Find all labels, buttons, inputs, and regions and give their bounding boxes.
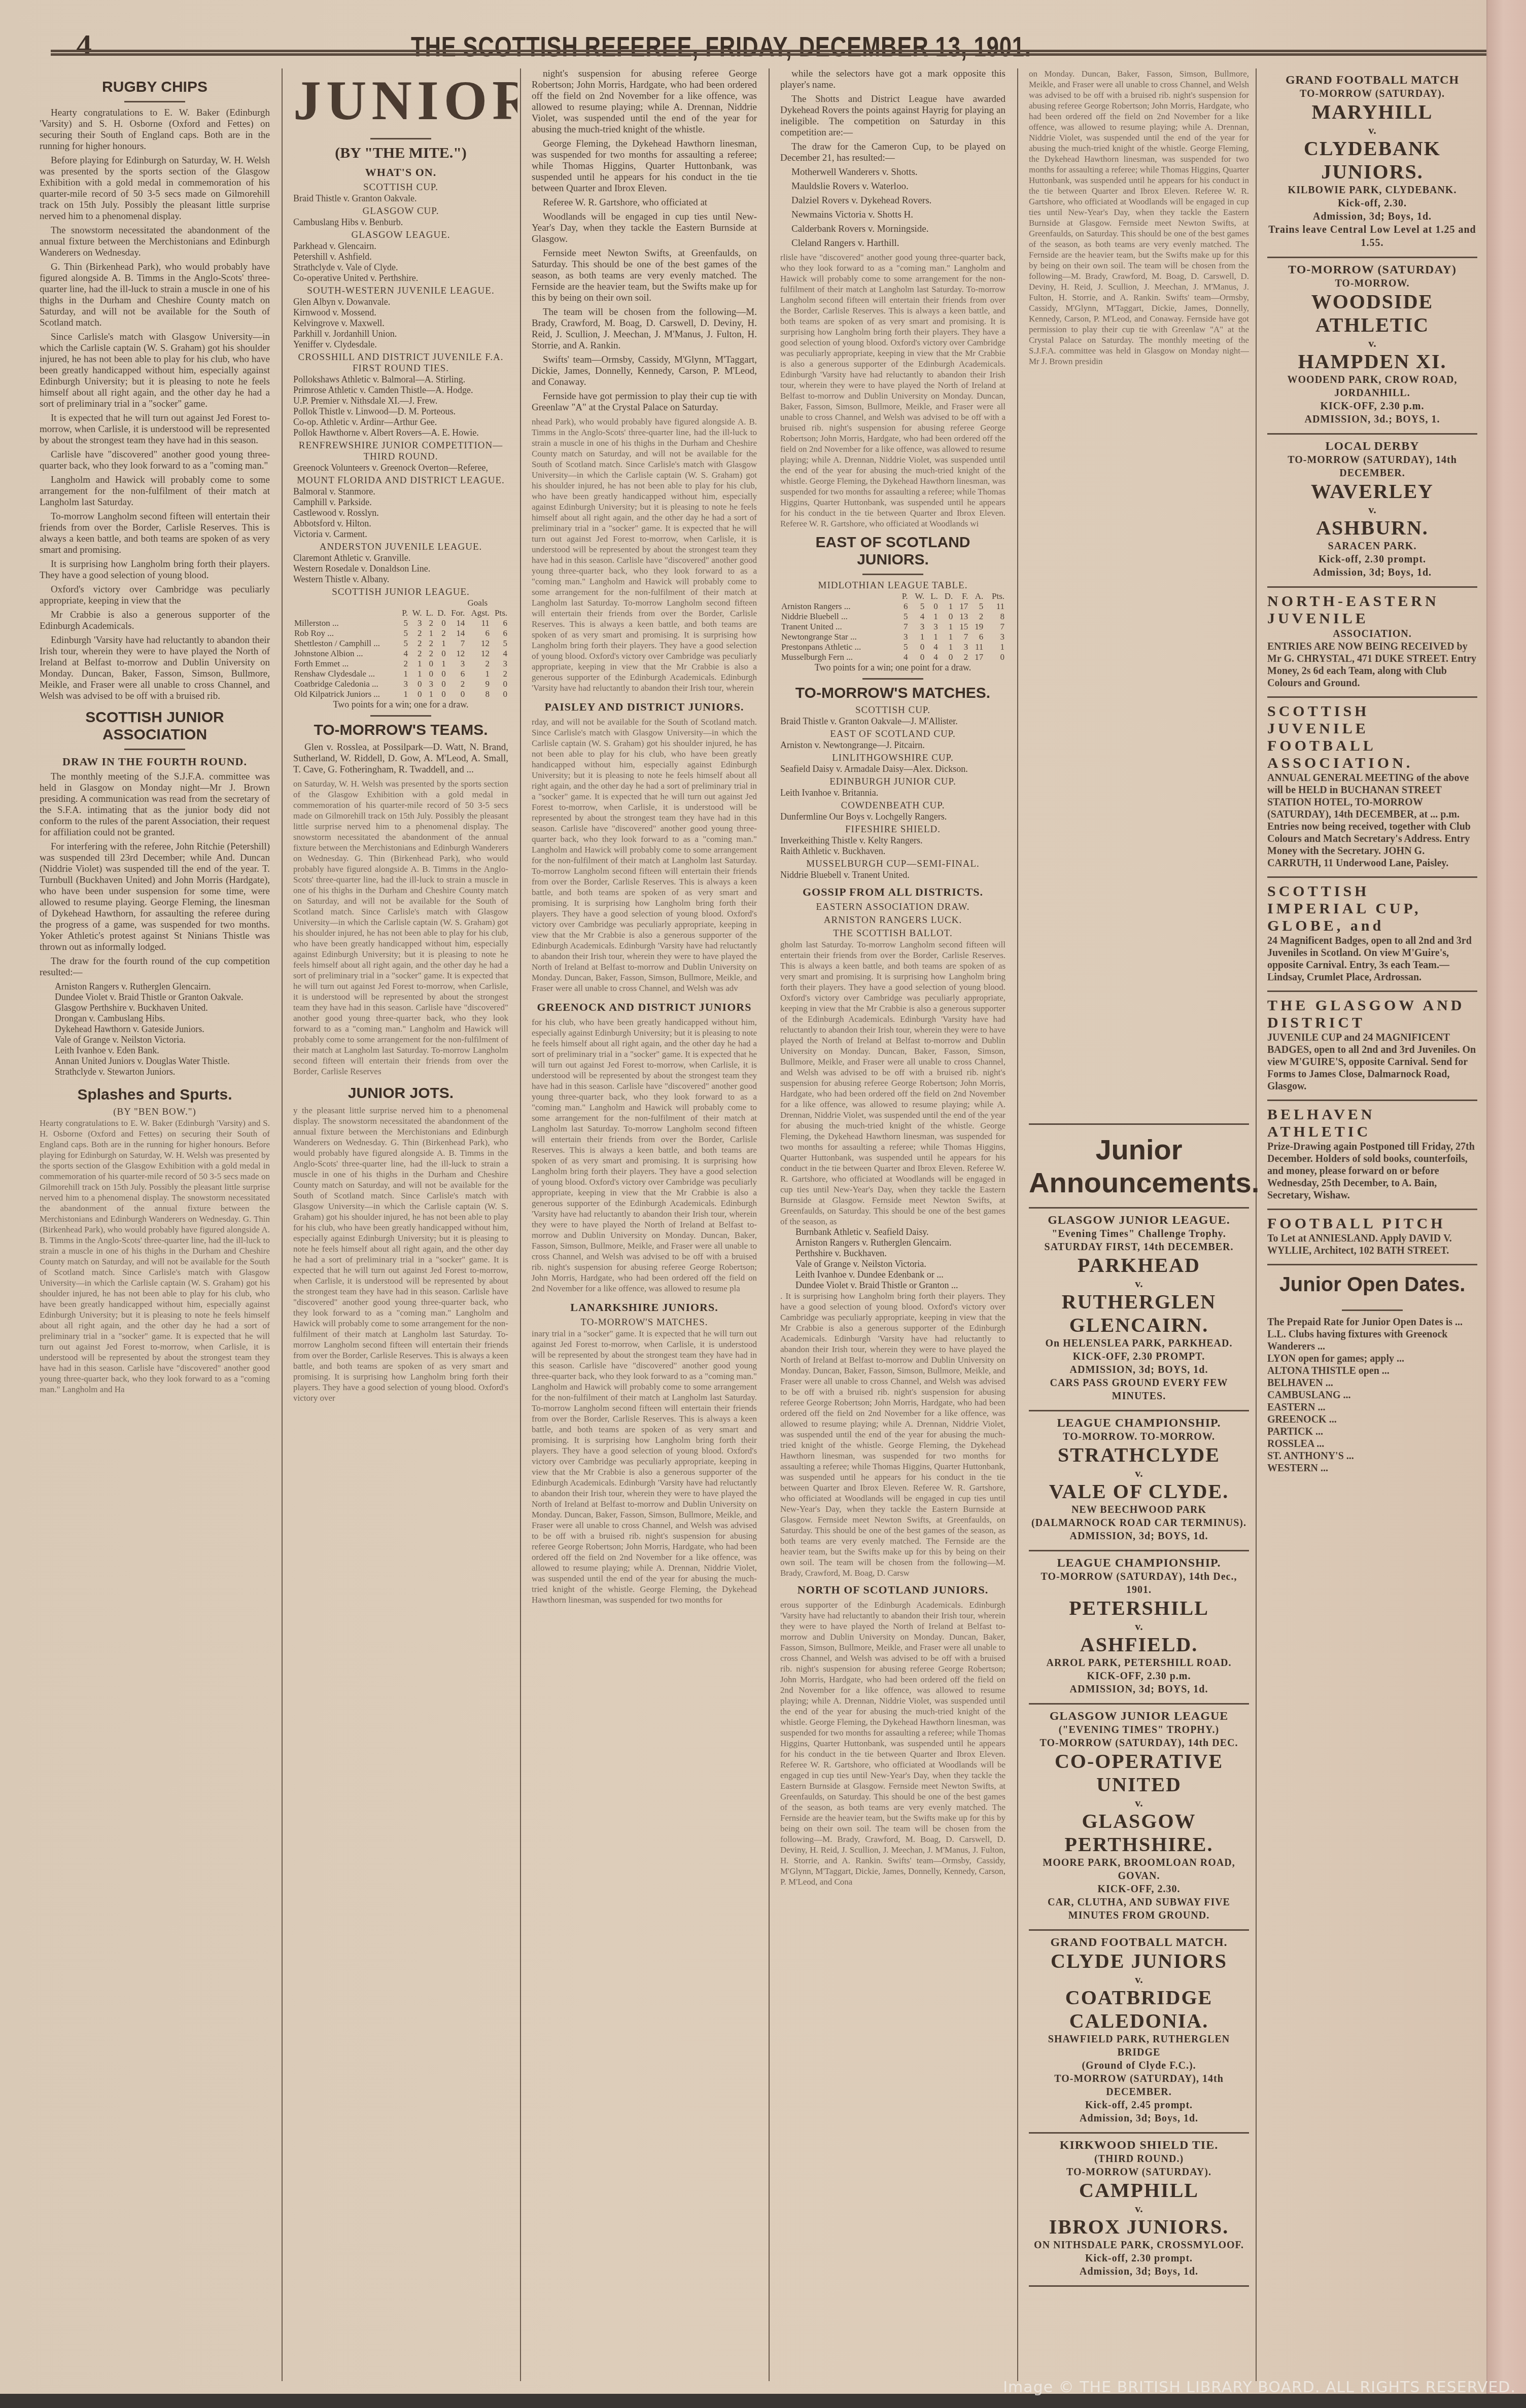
- notice-lead: NORTH-EASTERN JUVENILE: [1267, 593, 1477, 627]
- stat-cell: 11: [969, 642, 984, 652]
- column4-filler: rlisle have "discovered" another good yo…: [780, 252, 1005, 529]
- stat-cell: 6: [466, 628, 491, 639]
- ad-detail: NEW BEECHWOOD PARK: [1029, 1503, 1249, 1516]
- stat-cell: 14: [447, 618, 466, 628]
- fixture-line: Leith Ivanhoe v. Britannia.: [780, 788, 1005, 798]
- ad-line: ("EVENING TIMES" TROPHY.): [1029, 1723, 1249, 1737]
- ad-lead: GLASGOW JUNIOR LEAGUE.: [1029, 1214, 1249, 1227]
- paragraph: Langholm and Hawick will probably come t…: [40, 475, 270, 508]
- versus: v.: [1267, 337, 1477, 350]
- ad-lead: GLASGOW JUNIOR LEAGUE: [1029, 1710, 1249, 1723]
- notice-advertisement: SCOTTISH JUVENILE FOOTBALL ASSOCIATION.A…: [1267, 698, 1477, 878]
- ad-detail: KICK-OFF, 2.30.: [1029, 1883, 1249, 1896]
- list-item: Vale of Grange v. Neilston Victoria.: [795, 1259, 1005, 1269]
- divider: [370, 715, 431, 717]
- paisley-heading: PAISLEY AND DISTRICT JUNIORS.: [532, 700, 757, 714]
- fixture-line: Co-operative United v. Perthshire.: [293, 273, 508, 284]
- column4-top: while the selectors have got a mark oppo…: [780, 68, 1005, 249]
- ad-detail: KICK-OFF, 2.30 p.m.: [1029, 1670, 1249, 1683]
- stat-cell: 5: [909, 601, 926, 612]
- list-item: EASTERN ...: [1267, 1401, 1477, 1413]
- greenock-filler: for his club, who have been greatly hand…: [532, 1017, 757, 1294]
- stat-cell: 5: [399, 618, 409, 628]
- stat-cell: 15: [954, 622, 969, 632]
- notice-text: 24 Magnificent Badges, open to all 2nd a…: [1267, 935, 1477, 983]
- competition-heading: GLASGOW CUP.: [293, 206, 508, 217]
- stat-cell: 0: [434, 618, 447, 628]
- stat-cell: 0: [939, 612, 954, 622]
- ad-detail: TO-MORROW (SATURDAY), 14th DECEMBER.: [1029, 2072, 1249, 2099]
- column3-filler: nhead Park), who would probably have fig…: [532, 416, 757, 693]
- list-item: ST. ANTHONY'S ...: [1267, 1450, 1477, 1462]
- stat-cell: 3: [491, 659, 508, 669]
- fixture-line: Pollok Thistle v. Linwood—D. M. Porteous…: [293, 406, 508, 417]
- ad-detail: ADMISSION, 3d; BOYS, 1d.: [1029, 1363, 1249, 1376]
- fixture-line: Pollok Hawthorne v. Albert Rovers—A. E. …: [293, 428, 508, 438]
- competition-heading: MOUNT FLORIDA AND DISTRICT LEAGUE.: [293, 475, 508, 486]
- fixture-line: U.P. Premier v. Nithsdale XI.—J. Frew.: [293, 396, 508, 406]
- table-row: Rob Roy ...52121466: [293, 628, 508, 639]
- column-header: L.: [423, 608, 435, 618]
- stat-cell: 2: [969, 612, 984, 622]
- paragraph: Swifts' team—Ormsby, Cassidy, M'Glynn, M…: [532, 355, 757, 388]
- stat-cell: 8: [984, 612, 1005, 622]
- list-item: LYON open for games; apply ...: [1267, 1353, 1477, 1365]
- list-item: Strathclyde v. Stewarton Juniors.: [55, 1067, 270, 1077]
- ballot-heading: THE SCOTTISH BALLOT.: [780, 928, 1005, 939]
- list-item: Dalziel Rovers v. Dykehead Rovers.: [780, 195, 1005, 206]
- list-item: Leith Ivanhoe v. Dundee Edenbank or ...: [795, 1269, 1005, 1280]
- jots-filler: y the pleasant little surprise nerved hi…: [293, 1105, 508, 1403]
- list-item: The Shotts and District League have awar…: [780, 94, 1005, 138]
- east-matches-list: SCOTTISH CUP.Braid Thistle v. Granton Oa…: [780, 705, 1005, 880]
- table-row: Renshaw Clydesdale ...1100612: [293, 669, 508, 679]
- paragraph: Edinburgh 'Varsity have had reluctantly …: [40, 635, 270, 702]
- fixture-line: Camphill v. Parkside.: [293, 497, 508, 508]
- away-team: CLYDEBANK JUNIORS.: [1267, 137, 1477, 184]
- stat-cell: 6: [969, 632, 984, 642]
- column-rule: [1017, 68, 1018, 2381]
- junior-byline: (BY "THE MITE."): [293, 145, 508, 162]
- away-team: VALE OF CLYDE.: [1029, 1480, 1249, 1503]
- ad-detail: ADMISSION, 3d.; BOYS, 1.: [1267, 413, 1477, 426]
- stat-cell: 3: [954, 642, 969, 652]
- paragraph: George Fleming, the Dykehead Hawthorn li…: [532, 138, 757, 194]
- stat-cell: 3: [423, 679, 435, 689]
- versus: v.: [1029, 1796, 1249, 1810]
- stat-cell: 5: [897, 612, 909, 622]
- column3-article: night's suspension for abusing referee G…: [532, 68, 757, 413]
- list-item: BELHAVEN ...: [1267, 1377, 1477, 1389]
- column-3: night's suspension for abusing referee G…: [523, 68, 766, 2391]
- column-header: F.: [954, 591, 969, 601]
- ad-lead: LEAGUE CHAMPIONSHIP.: [1029, 1556, 1249, 1570]
- stat-cell: 0: [409, 689, 423, 699]
- ad-detail: ON NITHSDALE PARK, CROSSMYLOOF.: [1029, 2239, 1249, 2252]
- fixture-line: Victoria v. Carment.: [293, 529, 508, 540]
- home-team: WOODSIDE ATHLETIC: [1267, 290, 1477, 337]
- fixture-line: Balmoral v. Stanmore.: [293, 486, 508, 497]
- stat-cell: 1: [466, 669, 491, 679]
- match-advertisement: LEAGUE CHAMPIONSHIP.TO-MORROW. TO-MORROW…: [1029, 1411, 1249, 1551]
- stat-cell: 1: [925, 612, 939, 622]
- open-dates-list: L.L. Clubs having fixtures with Greenock…: [1267, 1328, 1477, 1474]
- stat-cell: 0: [423, 669, 435, 679]
- midlothian-heading: MIDLOTHIAN LEAGUE TABLE.: [780, 580, 1005, 591]
- notice-text: Prize-Drawing again Postponed till Frida…: [1267, 1141, 1477, 1201]
- stat-cell: 0: [984, 652, 1005, 662]
- ad-detail: KICK-OFF, 2.30 p.m.: [1267, 400, 1477, 413]
- fixture-line: Kirnwood v. Mossend.: [293, 307, 508, 318]
- stat-cell: 9: [466, 679, 491, 689]
- ad-detail: SARACEN PARK.: [1267, 540, 1477, 553]
- versus: v.: [1029, 1277, 1249, 1290]
- list-item: Cleland Rangers v. Harthill.: [780, 238, 1005, 249]
- teams-text: Glen v. Rosslea, at Possilpark—D. Watt, …: [293, 742, 508, 775]
- column-header: D.: [434, 608, 447, 618]
- fixture-line: Strathclyde v. Vale of Clyde.: [293, 262, 508, 273]
- stat-cell: 1: [399, 669, 409, 679]
- team-name: Arniston Rangers ...: [780, 601, 897, 612]
- list-item: Newmains Victoria v. Shotts H.: [780, 209, 1005, 221]
- list-item: Perthshire v. Buckhaven.: [795, 1248, 1005, 1259]
- stat-cell: 3: [984, 632, 1005, 642]
- midlothian-note: Two points for a win; one point for a dr…: [780, 662, 1005, 673]
- fixture-line: Western Rosedale v. Donaldson Line.: [293, 563, 508, 574]
- stat-cell: 0: [491, 689, 508, 699]
- stat-cell: 12: [447, 649, 466, 659]
- home-team: WAVERLEY: [1267, 480, 1477, 503]
- rugby-heading: RUGBY CHIPS: [40, 79, 270, 96]
- team-header: [780, 591, 897, 601]
- column-header: P.: [897, 591, 909, 601]
- north-filler: erous supporter of the Edinburgh Academi…: [780, 1600, 1005, 1887]
- column-header: D.: [939, 591, 954, 601]
- away-team: ASHBURN.: [1267, 516, 1477, 540]
- paragraph: To-morrow Langholm second fifteen will e…: [40, 511, 270, 556]
- stat-cell: 1: [939, 632, 954, 642]
- ad-detail: Admission, 3d; Boys, 1d.: [1267, 566, 1477, 579]
- ad-line: TO-MORROW (SATURDAY).: [1267, 87, 1477, 100]
- list-item: GREENOCK ...: [1267, 1413, 1477, 1426]
- table-row: Johnstone Albion ...422012124: [293, 649, 508, 659]
- stat-cell: 1: [434, 659, 447, 669]
- fixture-line: Claremont Athletic v. Granville.: [293, 553, 508, 563]
- stat-cell: 1: [909, 632, 926, 642]
- ad-detail: Admission, 3d; Boys, 1d.: [1029, 2112, 1249, 2125]
- stat-cell: 1: [939, 642, 954, 652]
- ad-detail: SHAWFIELD PARK, RUTHERGLEN BRIDGE: [1029, 2033, 1249, 2059]
- stat-cell: 0: [434, 669, 447, 679]
- ad-lead: KIRKWOOD SHIELD TIE.: [1029, 2139, 1249, 2152]
- rugby-article: Hearty congratulations to E. W. Baker (E…: [40, 108, 270, 702]
- ad-detail: (DALMARNOCK ROAD CAR TERMINUS).: [1029, 1516, 1249, 1530]
- list-item: Arniston Rangers v. Rutherglen Glencairn…: [55, 981, 270, 992]
- stat-cell: 1: [409, 669, 423, 679]
- stat-cell: 0: [434, 689, 447, 699]
- adjacent-page-edge: [1486, 0, 1526, 2394]
- away-team: RUTHERGLEN GLENCAIRN.: [1029, 1290, 1249, 1337]
- divider: [862, 678, 923, 680]
- fixture-line: Parkhill v. Jordanhill Union.: [293, 329, 508, 339]
- fixture-line: Niddrie Bluebell v. Tranent United.: [780, 870, 1005, 880]
- list-item: Leith Ivanhoe v. Eden Bank.: [55, 1045, 270, 1056]
- fixture-line: Parkhead v. Glencairn.: [293, 241, 508, 252]
- fixture-line: Western Thistle v. Albany.: [293, 574, 508, 585]
- competition-heading: COWDENBEATH CUP.: [780, 800, 1005, 811]
- competition-heading: SCOTTISH CUP.: [780, 705, 1005, 716]
- fixture-line: Petershill v. Ashfield.: [293, 252, 508, 262]
- ad-detail: On HELENSLEA PARK, PARKHEAD.: [1029, 1337, 1249, 1350]
- stat-cell: 12: [466, 649, 491, 659]
- ad-detail: ADMISSION, 3d; BOYS, 1d.: [1029, 1530, 1249, 1543]
- competition-heading: LINLITHGOWSHIRE CUP.: [780, 753, 1005, 764]
- notice-advertisement: THE GLASGOW AND DISTRICTJUVENILE CUP and…: [1267, 992, 1477, 1101]
- paragraph: It is surprising how Langholm bring fort…: [40, 559, 270, 581]
- ad-detail: Kick-off, 2.30 prompt.: [1029, 2252, 1249, 2265]
- stat-cell: 2: [409, 639, 423, 649]
- competition-heading: SOUTH-WESTERN JUVENILE LEAGUE.: [293, 286, 508, 297]
- team-name: Rob Roy ...: [293, 628, 399, 639]
- fixture-line: Raith Athletic v. Buckhaven.: [780, 846, 1005, 857]
- notice-advertisement: SCOTTISH IMPERIAL CUP, GLOBE, and24 Magn…: [1267, 878, 1477, 992]
- list-item: L.L. Clubs having fixtures with Greenock…: [1267, 1328, 1477, 1353]
- stat-cell: 2: [423, 639, 435, 649]
- list-item: Glasgow Perthshire v. Buckhaven United.: [55, 1003, 270, 1013]
- ad-lead: GRAND FOOTBALL MATCH: [1267, 74, 1477, 87]
- lanarkshire-filler: inary trial in a "socker" game. It is ex…: [532, 1328, 757, 1605]
- paragraph: Carlisle have "discovered" another good …: [40, 449, 270, 472]
- list-item: CAMBUSLANG ...: [1267, 1389, 1477, 1401]
- table-row: Prestonpans Athletic ...50413111: [780, 642, 1005, 652]
- match-advertisement: KIRKWOOD SHIELD TIE.(THIRD ROUND.)TO-MOR…: [1029, 2134, 1249, 2287]
- stat-cell: 6: [491, 618, 508, 628]
- team-name: Millerston ...: [293, 618, 399, 628]
- list-item: Burnbank Athletic v. Seafield Daisy.: [795, 1227, 1005, 1237]
- fixture-line: Primrose Athletic v. Camden Thistle—A. H…: [293, 385, 508, 396]
- ad-line: TO-MORROW (SATURDAY), 14th DECEMBER.: [1267, 453, 1477, 480]
- match-ads: GRAND FOOTBALL MATCHTO-MORROW (SATURDAY)…: [1267, 68, 1477, 588]
- table-row: Old Kilpatrick Juniors ...1010080: [293, 689, 508, 699]
- stat-cell: 1: [939, 622, 954, 632]
- paragraph: Oxford's victory over Cambridge was pecu…: [40, 584, 270, 607]
- paragraph: Since Carlisle's match with Glasgow Univ…: [40, 332, 270, 410]
- splashes-text: Hearty congratulations to E. W. Baker (E…: [40, 1118, 270, 1395]
- divider: [1342, 1309, 1403, 1311]
- table-row: Shettleston / Camphill ...52217125: [293, 639, 508, 649]
- competition-heading: GLASGOW LEAGUE.: [293, 230, 508, 241]
- goals-label-row: Goals: [293, 598, 508, 608]
- masthead-rule: [51, 50, 1486, 56]
- column-4: while the selectors have got a mark oppo…: [771, 68, 1015, 2391]
- divider: [124, 749, 185, 750]
- gossip-filler-2: . It is surprising how Langholm bring fo…: [780, 1291, 1005, 1578]
- competition-heading: EAST OF SCOTLAND CUP.: [780, 729, 1005, 740]
- versus: v.: [1267, 503, 1477, 516]
- stat-cell: 1: [423, 628, 435, 639]
- masthead: 4 THE SCOTTISH REFEREE, FRIDAY, DECEMBER…: [76, 28, 1486, 63]
- paragraph: Referee W. R. Gartshore, who officiated …: [532, 197, 757, 208]
- list-item: WESTERN ...: [1267, 1462, 1477, 1474]
- stat-cell: 0: [409, 679, 423, 689]
- ad-detail: Kick-off, 2.30.: [1267, 197, 1477, 210]
- stat-cell: 5: [399, 628, 409, 639]
- match-advertisement: GLASGOW JUNIOR LEAGUE("EVENING TIMES" TR…: [1029, 1705, 1249, 1931]
- fixture-line: Dunfermline Our Boys v. Lochgelly Ranger…: [780, 811, 1005, 822]
- notice-advertisement: FOOTBALL PITCHTo Let at ANNIESLAND. Appl…: [1267, 1210, 1477, 1265]
- home-team: STRATHCLYDE: [1029, 1443, 1249, 1467]
- stat-cell: 4: [909, 612, 926, 622]
- paisley-filler: rday, and will not be available for the …: [532, 717, 757, 994]
- column-ads: GRAND FOOTBALL MATCHTO-MORROW (SATURDAY)…: [1258, 68, 1486, 2391]
- stat-cell: 4: [897, 652, 909, 662]
- stat-cell: 0: [925, 601, 939, 612]
- ad-detail: MOORE PARK, BROOMLOAN ROAD, GOVAN.: [1029, 1856, 1249, 1883]
- team-name: Johnstone Albion ...: [293, 649, 399, 659]
- newspaper-title: THE SCOTTISH REFEREE, FRIDAY, DECEMBER 1…: [411, 30, 1031, 63]
- stat-cell: 1: [409, 659, 423, 669]
- ad-lead: LOCAL DERBY: [1267, 440, 1477, 453]
- teams-filler: on Saturday, W. H. Welsh was presented b…: [293, 778, 508, 1077]
- versus: v.: [1029, 2202, 1249, 2215]
- greenock-heading: GREENOCK AND DISTRICT JUNIORS: [532, 1001, 757, 1014]
- stat-cell: 2: [491, 669, 508, 679]
- column-header: Agst.: [466, 608, 491, 618]
- list-item: ROSSLEA ...: [1267, 1438, 1477, 1450]
- notice-lead: SCOTTISH JUVENILE FOOTBALL ASSOCIATION.: [1267, 703, 1477, 772]
- team-name: Tranent United ...: [780, 622, 897, 632]
- stat-cell: 0: [909, 642, 926, 652]
- stat-cell: 0: [434, 649, 447, 659]
- list-item: Dundee Violet v. Braid Thistle or Granto…: [795, 1280, 1005, 1291]
- stat-cell: 1: [423, 689, 435, 699]
- stat-cell: 6: [491, 628, 508, 639]
- notice-sub: ASSOCIATION.: [1267, 627, 1477, 641]
- competition-heading: MUSSELBURGH CUP—SEMI-FINAL.: [780, 859, 1005, 870]
- ad-detail: Kick-off, 2.45 prompt.: [1029, 2099, 1249, 2112]
- stat-cell: 1: [925, 632, 939, 642]
- column-rule: [520, 68, 521, 2381]
- table-row: Millerston ...532014116: [293, 618, 508, 628]
- stat-cell: 4: [925, 642, 939, 652]
- paragraph: Fernside meet Newton Swifts, at Greenfau…: [532, 248, 757, 304]
- stat-cell: 3: [897, 632, 909, 642]
- table-header: P.W.L.D.F.A.Pts.: [780, 591, 1005, 601]
- table-header: P.W.L.D.For.Agst.Pts.: [293, 608, 508, 618]
- notice-lead: SCOTTISH IMPERIAL CUP, GLOBE, and: [1267, 883, 1477, 935]
- stat-cell: 3: [447, 659, 466, 669]
- away-team: ASHFIELD.: [1029, 1633, 1249, 1656]
- midlothian-league-table: P.W.L.D.F.A.Pts.Arniston Rangers ...6501…: [780, 591, 1005, 662]
- list-item: Dundee Violet v. Braid Thistle or Granto…: [55, 992, 270, 1003]
- open-dates-heading: Junior Open Dates.: [1267, 1265, 1477, 1304]
- notice-advertisement: BELHAVEN ATHLETICPrize-Drawing again Pos…: [1267, 1101, 1477, 1210]
- team-name: Old Kilpatrick Juniors ...: [293, 689, 399, 699]
- ad-lead: LEAGUE CHAMPIONSHIP.: [1029, 1417, 1249, 1430]
- ad-detail: WOODEND PARK, CROW ROAD, JORDANHILL.: [1267, 373, 1477, 400]
- whats-on-heading: WHAT'S ON.: [293, 166, 508, 179]
- goals-label: Goals: [447, 598, 508, 608]
- stat-cell: 7: [954, 632, 969, 642]
- jots-heading: JUNIOR JOTS.: [293, 1085, 508, 1102]
- ad-detail: KICK-OFF, 2.30 PROMPT.: [1029, 1350, 1249, 1363]
- column-header: L.: [925, 591, 939, 601]
- versus: v.: [1267, 124, 1477, 137]
- stat-cell: 5: [399, 639, 409, 649]
- column-header: A.: [969, 591, 984, 601]
- stat-cell: 0: [423, 659, 435, 669]
- stat-cell: 17: [969, 652, 984, 662]
- fourth-round-ties: Burnbank Athletic v. Seafield Daisy.Arni…: [780, 1227, 1005, 1291]
- lanarkshire-sub: TO-MORROW'S MATCHES.: [532, 1317, 757, 1328]
- gossip-heading: GOSSIP FROM ALL DISTRICTS.: [780, 886, 1005, 899]
- home-team: CLYDE JUNIORS: [1029, 1950, 1249, 1973]
- stat-cell: 3: [909, 622, 926, 632]
- home-team: PARKHEAD: [1029, 1254, 1249, 1277]
- team-name: Newtongrange Star ...: [780, 632, 897, 642]
- stat-cell: 0: [447, 689, 466, 699]
- stat-cell: 0: [939, 652, 954, 662]
- stat-cell: 5: [491, 639, 508, 649]
- notice-text: To Let at ANNIESLAND. Apply DAVID V. WYL…: [1267, 1232, 1477, 1257]
- stat-cell: 5: [897, 642, 909, 652]
- stat-cell: 2: [434, 628, 447, 639]
- notice-lead: BELHAVEN ATHLETIC: [1267, 1106, 1477, 1141]
- fixture-line: Yeniffer v. Clydesdale.: [293, 339, 508, 350]
- stat-cell: 2: [447, 679, 466, 689]
- fixture-line: Abbotsford v. Hilton.: [293, 518, 508, 529]
- team-name: Prestonpans Athletic ...: [780, 642, 897, 652]
- stat-cell: 13: [954, 612, 969, 622]
- fixture-line: Co-op. Athletic v. Ardinr—Arthur Gee.: [293, 417, 508, 428]
- splashes-heading: Splashes and Spurts.: [40, 1086, 270, 1104]
- matches-heading: TO-MORROW'S MATCHES.: [780, 685, 1005, 702]
- ad-line: TO-MORROW.: [1267, 277, 1477, 290]
- spacer: [293, 598, 447, 608]
- column5-filler: on Monday. Duncan, Baker, Fasson, Simson…: [1029, 68, 1249, 1123]
- announcements-banner: Junior Announcements.: [1029, 1123, 1249, 1209]
- stat-cell: 17: [954, 601, 969, 612]
- scottish-junior-league-table: GoalsP.W.L.D.For.Agst.Pts.Millerston ...…: [293, 598, 508, 699]
- sjfa-article: The monthly meeting of the S.J.F.A. comm…: [40, 771, 270, 978]
- paragraph: Hearty congratulations to E. W. Baker (E…: [40, 108, 270, 152]
- stat-cell: 3: [399, 679, 409, 689]
- competition-heading: SCOTTISH CUP.: [293, 182, 508, 193]
- ad-line: TO-MORROW (SATURDAY).: [1029, 2166, 1249, 2179]
- fixture-line: Braid Thistle v. Granton Oakvale—J. M'Al…: [780, 716, 1005, 727]
- teams-heading: TO-MORROW'S TEAMS.: [293, 722, 508, 739]
- fixture-line: Kelvingrove v. Maxwell.: [293, 318, 508, 329]
- arniston-heading: ARNISTON RANGERS LUCK.: [780, 915, 1005, 926]
- north-heading: NORTH OF SCOTLAND JUNIORS.: [780, 1583, 1005, 1597]
- list-item: Dykehead Hawthorn v. Gateside Juniors.: [55, 1024, 270, 1035]
- table-row: Tranent United ...733115197: [780, 622, 1005, 632]
- ad-detail: Admission, 3d; Boys, 1d.: [1267, 210, 1477, 223]
- notice-lead: THE GLASGOW AND DISTRICT: [1267, 997, 1477, 1032]
- competition-heading: FIFESHIRE SHIELD.: [780, 824, 1005, 835]
- stat-cell: 12: [466, 639, 491, 649]
- stat-cell: 7: [447, 639, 466, 649]
- table-row: Musselburgh Fern ...40402170: [780, 652, 1005, 662]
- notice-text: ANNUAL GENERAL MEETING of the above will…: [1267, 772, 1477, 869]
- stat-cell: 4: [491, 649, 508, 659]
- fixture-line: Braid Thistle v. Granton Oakvale.: [293, 193, 508, 204]
- paragraph: Mr Crabbie is also a generous supporter …: [40, 610, 270, 632]
- fixture-line: Inverkeithing Thistle v. Kelty Rangers.: [780, 835, 1005, 846]
- stat-cell: 1: [399, 689, 409, 699]
- stat-cell: 0: [434, 679, 447, 689]
- splashes-byline: (BY "BEN BOW."): [40, 1107, 270, 1118]
